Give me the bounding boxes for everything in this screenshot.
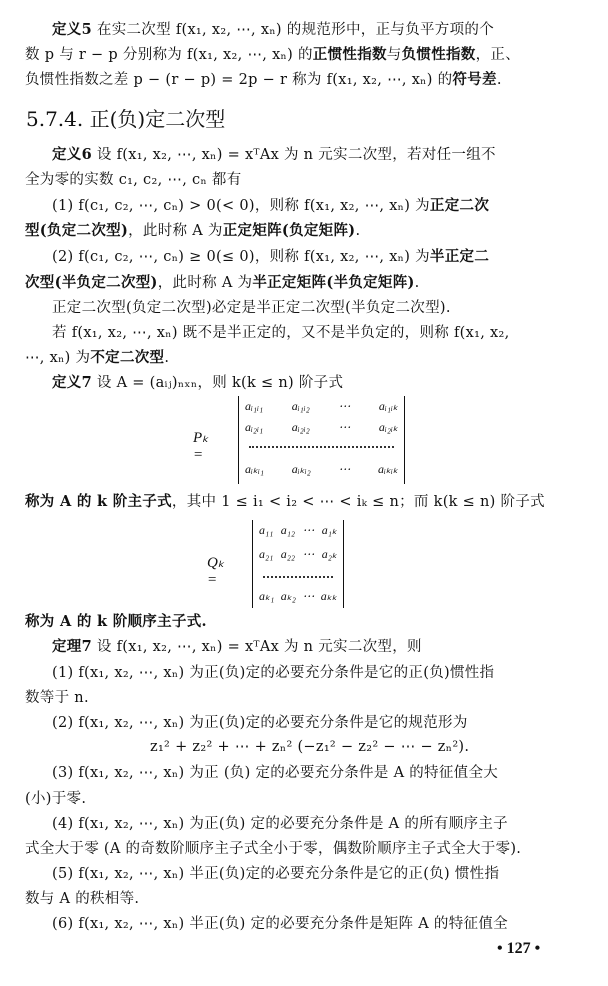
def6-text: 设 f(x₁, x₂, ⋯, xₙ) = xᵀAx 为 n 元实二次型，若对任一… [92, 147, 496, 163]
thm7-condition-2-formula: z₁² + z₂² + ⋯ + zₙ² (−z₁² − z₂² − ⋯ − zₙ… [150, 737, 469, 757]
pk-row: aᵢ₁ᵢ₁ aᵢ₁ᵢ₂ ⋯ aᵢ₁ᵢₖ [245, 399, 398, 414]
def6-note: 正定二次型(负定二次型)必定是半正定二次型(半负定二次型). [52, 298, 451, 318]
term-semi-positive-definite-matrix: 半正定矩阵(半负定矩阵) [252, 274, 414, 291]
qk-cell: ⋯ [302, 547, 314, 562]
qk-row: aₖ₁ aₖ₂ ⋯ aₖₖ [259, 589, 337, 604]
thm7-condition-4: (4) f(x₁, x₂, ⋯, xₙ) 为正(负) 定的必要充分条件是 A 的… [52, 814, 508, 834]
term-semi-positive-definite-form: 半正定二 [430, 248, 489, 265]
page-number: • 127 • [497, 940, 540, 958]
pk-cell: aᵢₖᵢ₁ [245, 462, 264, 477]
thm7-condition-2: (2) f(x₁, x₂, ⋯, xₙ) 为正(负)定的必要充分条件是它的规范形… [52, 713, 468, 733]
pk-matrix: aᵢ₁ᵢ₁ aᵢ₁ᵢ₂ ⋯ aᵢ₁ᵢₖ aᵢ₂ᵢ₁ aᵢ₂ᵢ₂ ⋯ aᵢ₂ᵢₖ … [238, 396, 405, 484]
qk-cell: a₁₁ [259, 523, 273, 538]
def6-item-1-cont: 型(负定二次型)，此时称 A 为正定矩阵(负定矩阵). [25, 221, 360, 241]
def6-line-2: 全为零的实数 c₁, c₂, ⋯, cₙ 都有 [25, 170, 242, 190]
def5-text: 在实二次型 f(x₁, x₂, ⋯, xₙ) 的规范形中，正与负平方项的个 [92, 22, 494, 38]
pk-cell: aᵢ₂ᵢ₁ [245, 420, 263, 435]
def7-text: ，其中 1 ≤ i₁ < i₂ < ⋯ < iₖ ≤ n；而 k(k ≤ n) … [172, 494, 545, 510]
pk-cell: ⋯ [338, 420, 350, 435]
def6-text: ⋯, xₙ) 为 [25, 350, 90, 366]
document-page: 定义5 在实二次型 f(x₁, x₂, ⋯, xₙ) 的规范形中，正与负平方项的… [0, 0, 608, 986]
thm7-text: 设 f(x₁, x₂, ⋯, xₙ) = xᵀAx 为 n 元实二次型，则 [92, 639, 422, 655]
term-negative-definite-form: 型(负定二次型) [25, 222, 128, 239]
qk-cell: aₖ₁ [259, 589, 274, 604]
pk-cell: aᵢ₁ᵢₖ [379, 399, 398, 414]
thm7-label: 定理7 [52, 638, 92, 655]
qk-cell: a₂₁ [259, 547, 273, 562]
def6-item-2-cont: 次型(半负定二次型)，此时称 A 为半正定矩阵(半负定矩阵). [25, 273, 420, 293]
def5-line-1: 定义5 在实二次型 f(x₁, x₂, ⋯, xₙ) 的规范形中，正与负平方项的… [52, 20, 494, 40]
qk-cell: a₂₂ [281, 547, 295, 562]
pk-row: aᵢ₂ᵢ₁ aᵢ₂ᵢ₂ ⋯ aᵢ₂ᵢₖ [245, 420, 398, 435]
term-positive-definite-matrix: 正定矩阵(负定矩阵) [223, 222, 356, 239]
def5-line-3: 负惯性指数之差 p − (r − p) = 2p − r 称为 f(x₁, x₂… [25, 70, 502, 90]
def7-label: 定义7 [52, 374, 92, 391]
qk-row: a₂₁ a₂₂ ⋯ a₂ₖ [259, 547, 337, 562]
term-leading-principal-minor: 称为 A 的 k 阶顺序主子式. [25, 612, 207, 632]
thm7-condition-4-cont: 式全大于零 (A 的奇数阶顺序主子式全小于零，偶数阶顺序主子式全大于零). [25, 839, 521, 859]
thm7-condition-3-cont: (小)于零. [25, 789, 86, 809]
pk-cell: aᵢ₁ᵢ₁ [245, 399, 263, 414]
def6-text: (1) f(c₁, c₂, ⋯, cₙ) > 0(< 0)，则称 f(x₁, x… [52, 198, 430, 214]
qk-lhs: Qₖ = [207, 553, 224, 589]
qk-matrix: a₁₁ a₁₂ ⋯ a₁ₖ a₂₁ a₂₂ ⋯ a₂ₖ aₖ₁ aₖ₂ ⋯ aₖ… [252, 520, 344, 608]
term-positive-definite-form: 正定二次 [430, 197, 489, 214]
qk-cell: ⋯ [302, 523, 314, 538]
def5-label: 定义5 [52, 21, 92, 38]
term-negative-inertia-index: 负惯性指数 [402, 46, 476, 63]
pk-cell: aᵢₖᵢ₂ [292, 462, 311, 477]
thm7-condition-5-cont: 数与 A 的秩相等. [25, 889, 139, 909]
def5-text: ，正、 [476, 47, 520, 63]
def6-text: ，此时称 A 为 [158, 275, 253, 291]
section-heading: 5.7.4. 正(负)定二次型 [26, 106, 225, 132]
term-principal-minor: 称为 A 的 k 阶主子式 [25, 493, 172, 510]
term-positive-inertia-index: 正惯性指数 [313, 46, 387, 63]
qk-cell: ⋯ [302, 589, 314, 604]
pk-cell: ⋯ [338, 462, 350, 477]
thm7-condition-6: (6) f(x₁, x₂, ⋯, xₙ) 半正(负) 定的必要充分条件是矩阵 A… [52, 914, 508, 934]
term-semi-negative-definite-form: 次型(半负定二次型) [25, 274, 158, 291]
def6-text: . [415, 275, 420, 291]
thm7-line-1: 定理7 设 f(x₁, x₂, ⋯, xₙ) = xᵀAx 为 n 元实二次型，… [52, 637, 422, 657]
term-signature: 符号差 [452, 71, 496, 88]
pk-cell: aᵢ₂ᵢ₂ [292, 420, 310, 435]
def6-text: ，此时称 A 为 [128, 223, 223, 239]
thm7-condition-1-cont: 数等于 n. [25, 688, 89, 708]
qk-cell: aₖₖ [321, 589, 337, 604]
def7-line-1: 定义7 设 A = (aᵢⱼ)ₙₓₙ，则 k(k ≤ n) 阶子式 [52, 373, 343, 393]
def6-item-2: (2) f(c₁, c₂, ⋯, cₙ) ≥ 0(≤ 0)，则称 f(x₁, x… [52, 247, 489, 267]
def6-text: . [355, 223, 360, 239]
def6-item-1: (1) f(c₁, c₂, ⋯, cₙ) > 0(< 0)，则称 f(x₁, x… [52, 196, 489, 216]
def5-text: 数 p 与 r − p 分别称为 f(x₁, x₂, ⋯, xₙ) 的 [25, 47, 313, 63]
pk-cell: ⋯ [338, 399, 350, 414]
def6-text: . [164, 350, 169, 366]
def6-line-1: 定义6 设 f(x₁, x₂, ⋯, xₙ) = xᵀAx 为 n 元实二次型，… [52, 145, 496, 165]
pk-row: aᵢₖᵢ₁ aᵢₖᵢ₂ ⋯ aᵢₖᵢₖ [245, 462, 398, 477]
def5-text: . [497, 72, 502, 88]
pk-cell: aᵢ₁ᵢ₂ [292, 399, 310, 414]
def7-text: 设 A = (aᵢⱼ)ₙₓₙ，则 k(k ≤ n) 阶子式 [92, 375, 343, 391]
def5-line-2: 数 p 与 r − p 分别称为 f(x₁, x₂, ⋯, xₙ) 的正惯性指数… [25, 45, 520, 65]
qk-cell: aₖ₂ [281, 589, 296, 604]
qk-ellipsis-row [263, 576, 333, 578]
qk-row: a₁₁ a₁₂ ⋯ a₁ₖ [259, 523, 337, 538]
pk-cell: aᵢ₂ᵢₖ [379, 420, 398, 435]
def5-text: 与 [387, 47, 402, 63]
pk-cell: aᵢₖᵢₖ [378, 462, 398, 477]
thm7-condition-5: (5) f(x₁, x₂, ⋯, xₙ) 半正(负)定的必要充分条件是它的正(负… [52, 864, 499, 884]
qk-cell: a₂ₖ [322, 547, 337, 562]
def6-indefinite-line-1: 若 f(x₁, x₂, ⋯, xₙ) 既不是半正定的，又不是半负定的，则称 f(… [52, 323, 510, 343]
qk-cell: a₁ₖ [322, 523, 337, 538]
qk-cell: a₁₂ [281, 523, 295, 538]
def6-text: (2) f(c₁, c₂, ⋯, cₙ) ≥ 0(≤ 0)，则称 f(x₁, x… [52, 249, 430, 265]
def6-label: 定义6 [52, 146, 92, 163]
term-indefinite-form: 不定二次型 [90, 349, 164, 366]
def7-after-pk: 称为 A 的 k 阶主子式，其中 1 ≤ i₁ < i₂ < ⋯ < iₖ ≤ … [25, 492, 545, 512]
def6-indefinite-line-2: ⋯, xₙ) 为不定二次型. [25, 348, 169, 368]
thm7-condition-1: (1) f(x₁, x₂, ⋯, xₙ) 为正(负)定的必要充分条件是它的正(负… [52, 663, 494, 683]
pk-lhs: Pₖ = [193, 428, 209, 464]
def5-text: 负惯性指数之差 p − (r − p) = 2p − r 称为 f(x₁, x₂… [25, 72, 452, 88]
pk-ellipsis-row [249, 446, 394, 448]
thm7-condition-3: (3) f(x₁, x₂, ⋯, xₙ) 为正 (负) 定的必要充分条件是 A … [52, 763, 498, 783]
